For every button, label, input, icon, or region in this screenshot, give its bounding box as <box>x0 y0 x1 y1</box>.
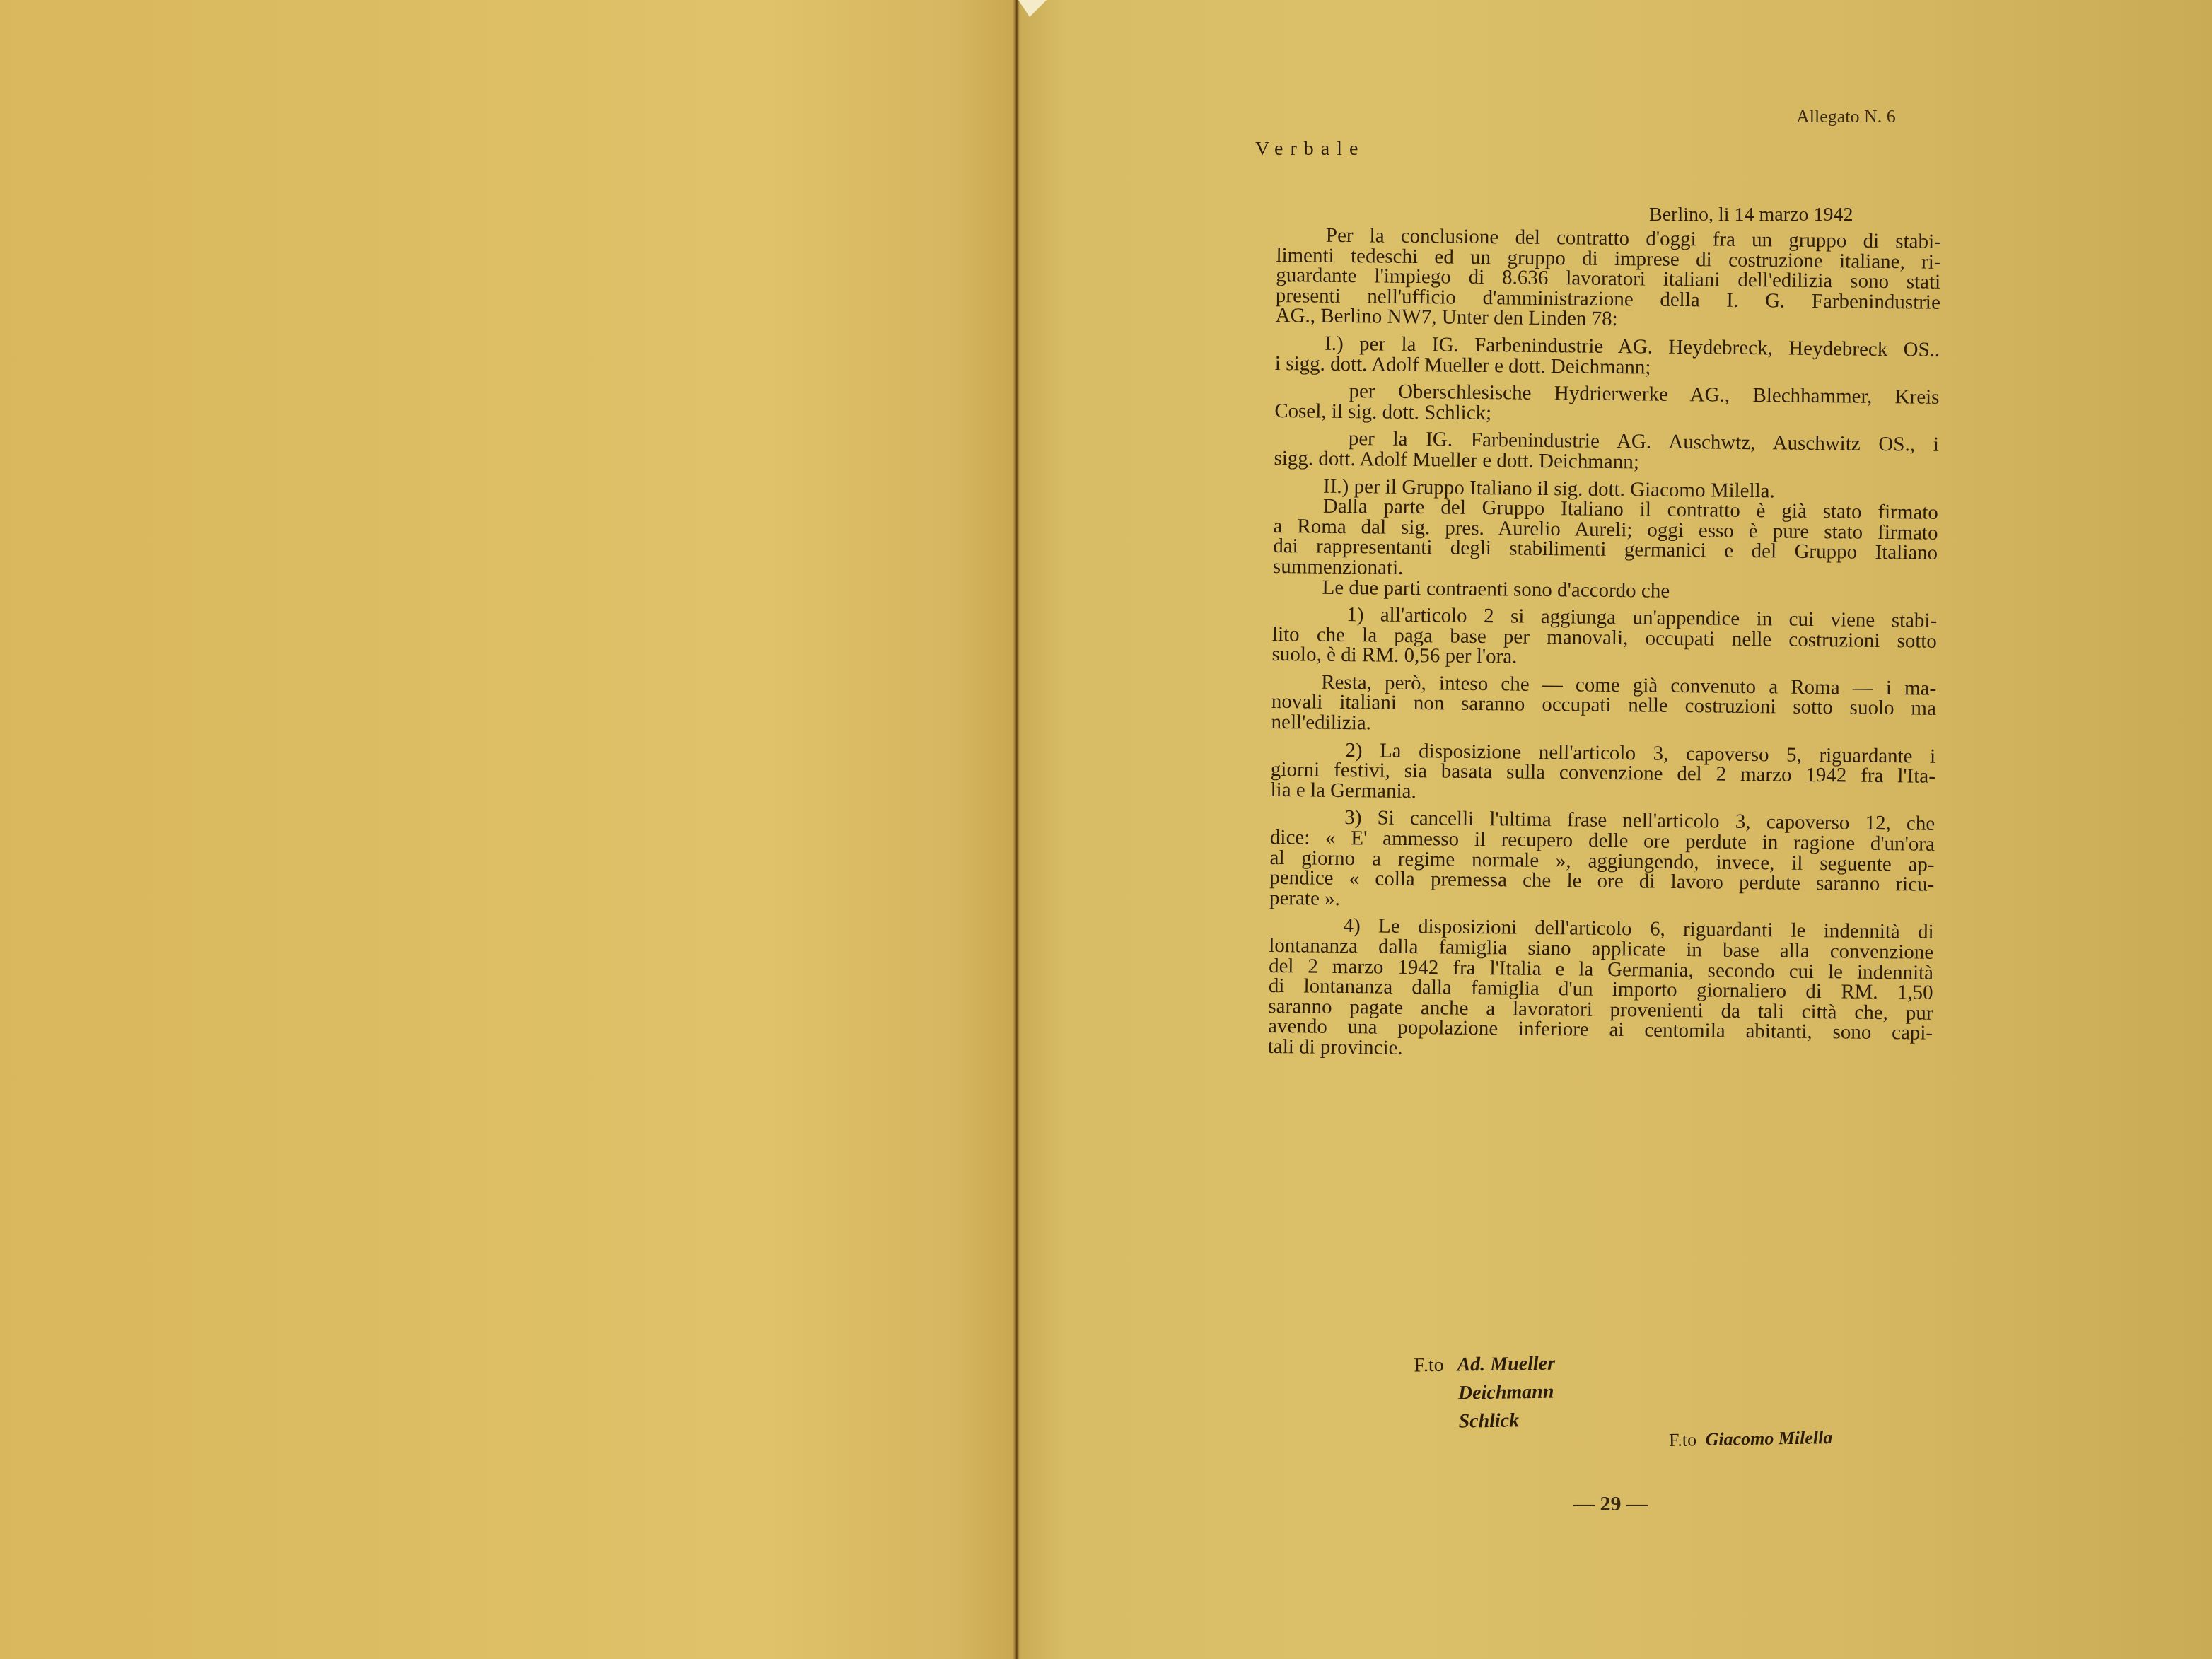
item-1-note: Resta, però, inteso che — come già conve… <box>1271 672 1936 740</box>
signature-name: Ad. Mueller <box>1457 1353 1555 1376</box>
signature-name: Deichmann <box>1458 1381 1554 1404</box>
item-4: 4) Le disposizioni dell'articolo 6, rigu… <box>1268 915 1934 1064</box>
page-number: — 29 — <box>1573 1492 1648 1516</box>
book-spread: Allegato N. 6 Verbale Berlino, li 14 mar… <box>0 0 2212 1659</box>
item-1: 1) all'articolo 2 si aggiunga un'appendi… <box>1271 604 1937 672</box>
paragraph-intro: Per la conclusione del contratto d'oggi … <box>1276 225 1941 333</box>
paragraph-party-1b: per Oberschlesische Hydrierwerke AG., Bl… <box>1274 380 1940 428</box>
signature-prefix: F.to <box>1669 1429 1697 1450</box>
left-page-blank <box>0 0 1017 1659</box>
date-line: Berlino, li 14 marzo 1942 <box>1649 204 1853 226</box>
paragraph-party-1a: I.) per la IG. Farbenindustrie AG. Heyde… <box>1275 333 1940 380</box>
italian-signature: F.to Giacomo Milella <box>1669 1427 1833 1451</box>
paragraph-signing: Dalla parte del Gruppo Italiano il contr… <box>1273 496 1938 583</box>
book-gutter <box>1013 0 1020 1659</box>
attachment-label: Allegato N. 6 <box>1796 106 1896 127</box>
signature-name: Giacomo Milella <box>1705 1427 1832 1450</box>
item-3: 3) Si cancelli l'ultima frase nell'artic… <box>1269 807 1935 915</box>
item-2: 2) La disposizione nell'articolo 3, capo… <box>1270 740 1935 808</box>
german-signatures: F.to Ad. Mueller Deichmann Schlick <box>1414 1350 1556 1437</box>
paragraph-party-1c: per la IG. Farbenindustrie AG. Auschwtz,… <box>1274 428 1939 475</box>
signature-prefix: F.to <box>1414 1354 1444 1377</box>
signature-name: Schlick <box>1458 1409 1519 1432</box>
document-title: Verbale <box>1255 138 1366 161</box>
document-body: Per la conclusione del contratto d'oggi … <box>1268 225 1941 1064</box>
